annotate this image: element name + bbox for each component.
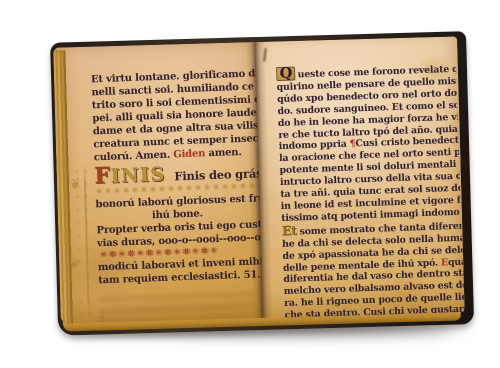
- left-page: ❦ ❦ ❧ Et virtu lontane. glorificamo dio …: [53, 42, 263, 324]
- drop-cap-q: Q: [276, 66, 296, 81]
- manuscript-book: ❦ ❦ ❧ Et virtu lontane. glorificamo dio …: [53, 36, 465, 323]
- finis-initial: F: [94, 163, 112, 190]
- right-page-text: Queste cose me forono revelate quese qui…: [276, 61, 465, 322]
- margin-vine-ornament: [65, 167, 96, 324]
- gold-initial: Et: [281, 222, 296, 238]
- rubric-word: Giden: [173, 148, 205, 160]
- line-text: amen.: [205, 147, 242, 159]
- right-page: Queste cose me forono revelate quese qui…: [255, 36, 465, 318]
- line-text: culorú. Amen.: [94, 149, 174, 163]
- line-text: quanta: [448, 256, 463, 268]
- show-through-ghost-text: [99, 291, 256, 324]
- finis-caps: INIS: [111, 164, 167, 188]
